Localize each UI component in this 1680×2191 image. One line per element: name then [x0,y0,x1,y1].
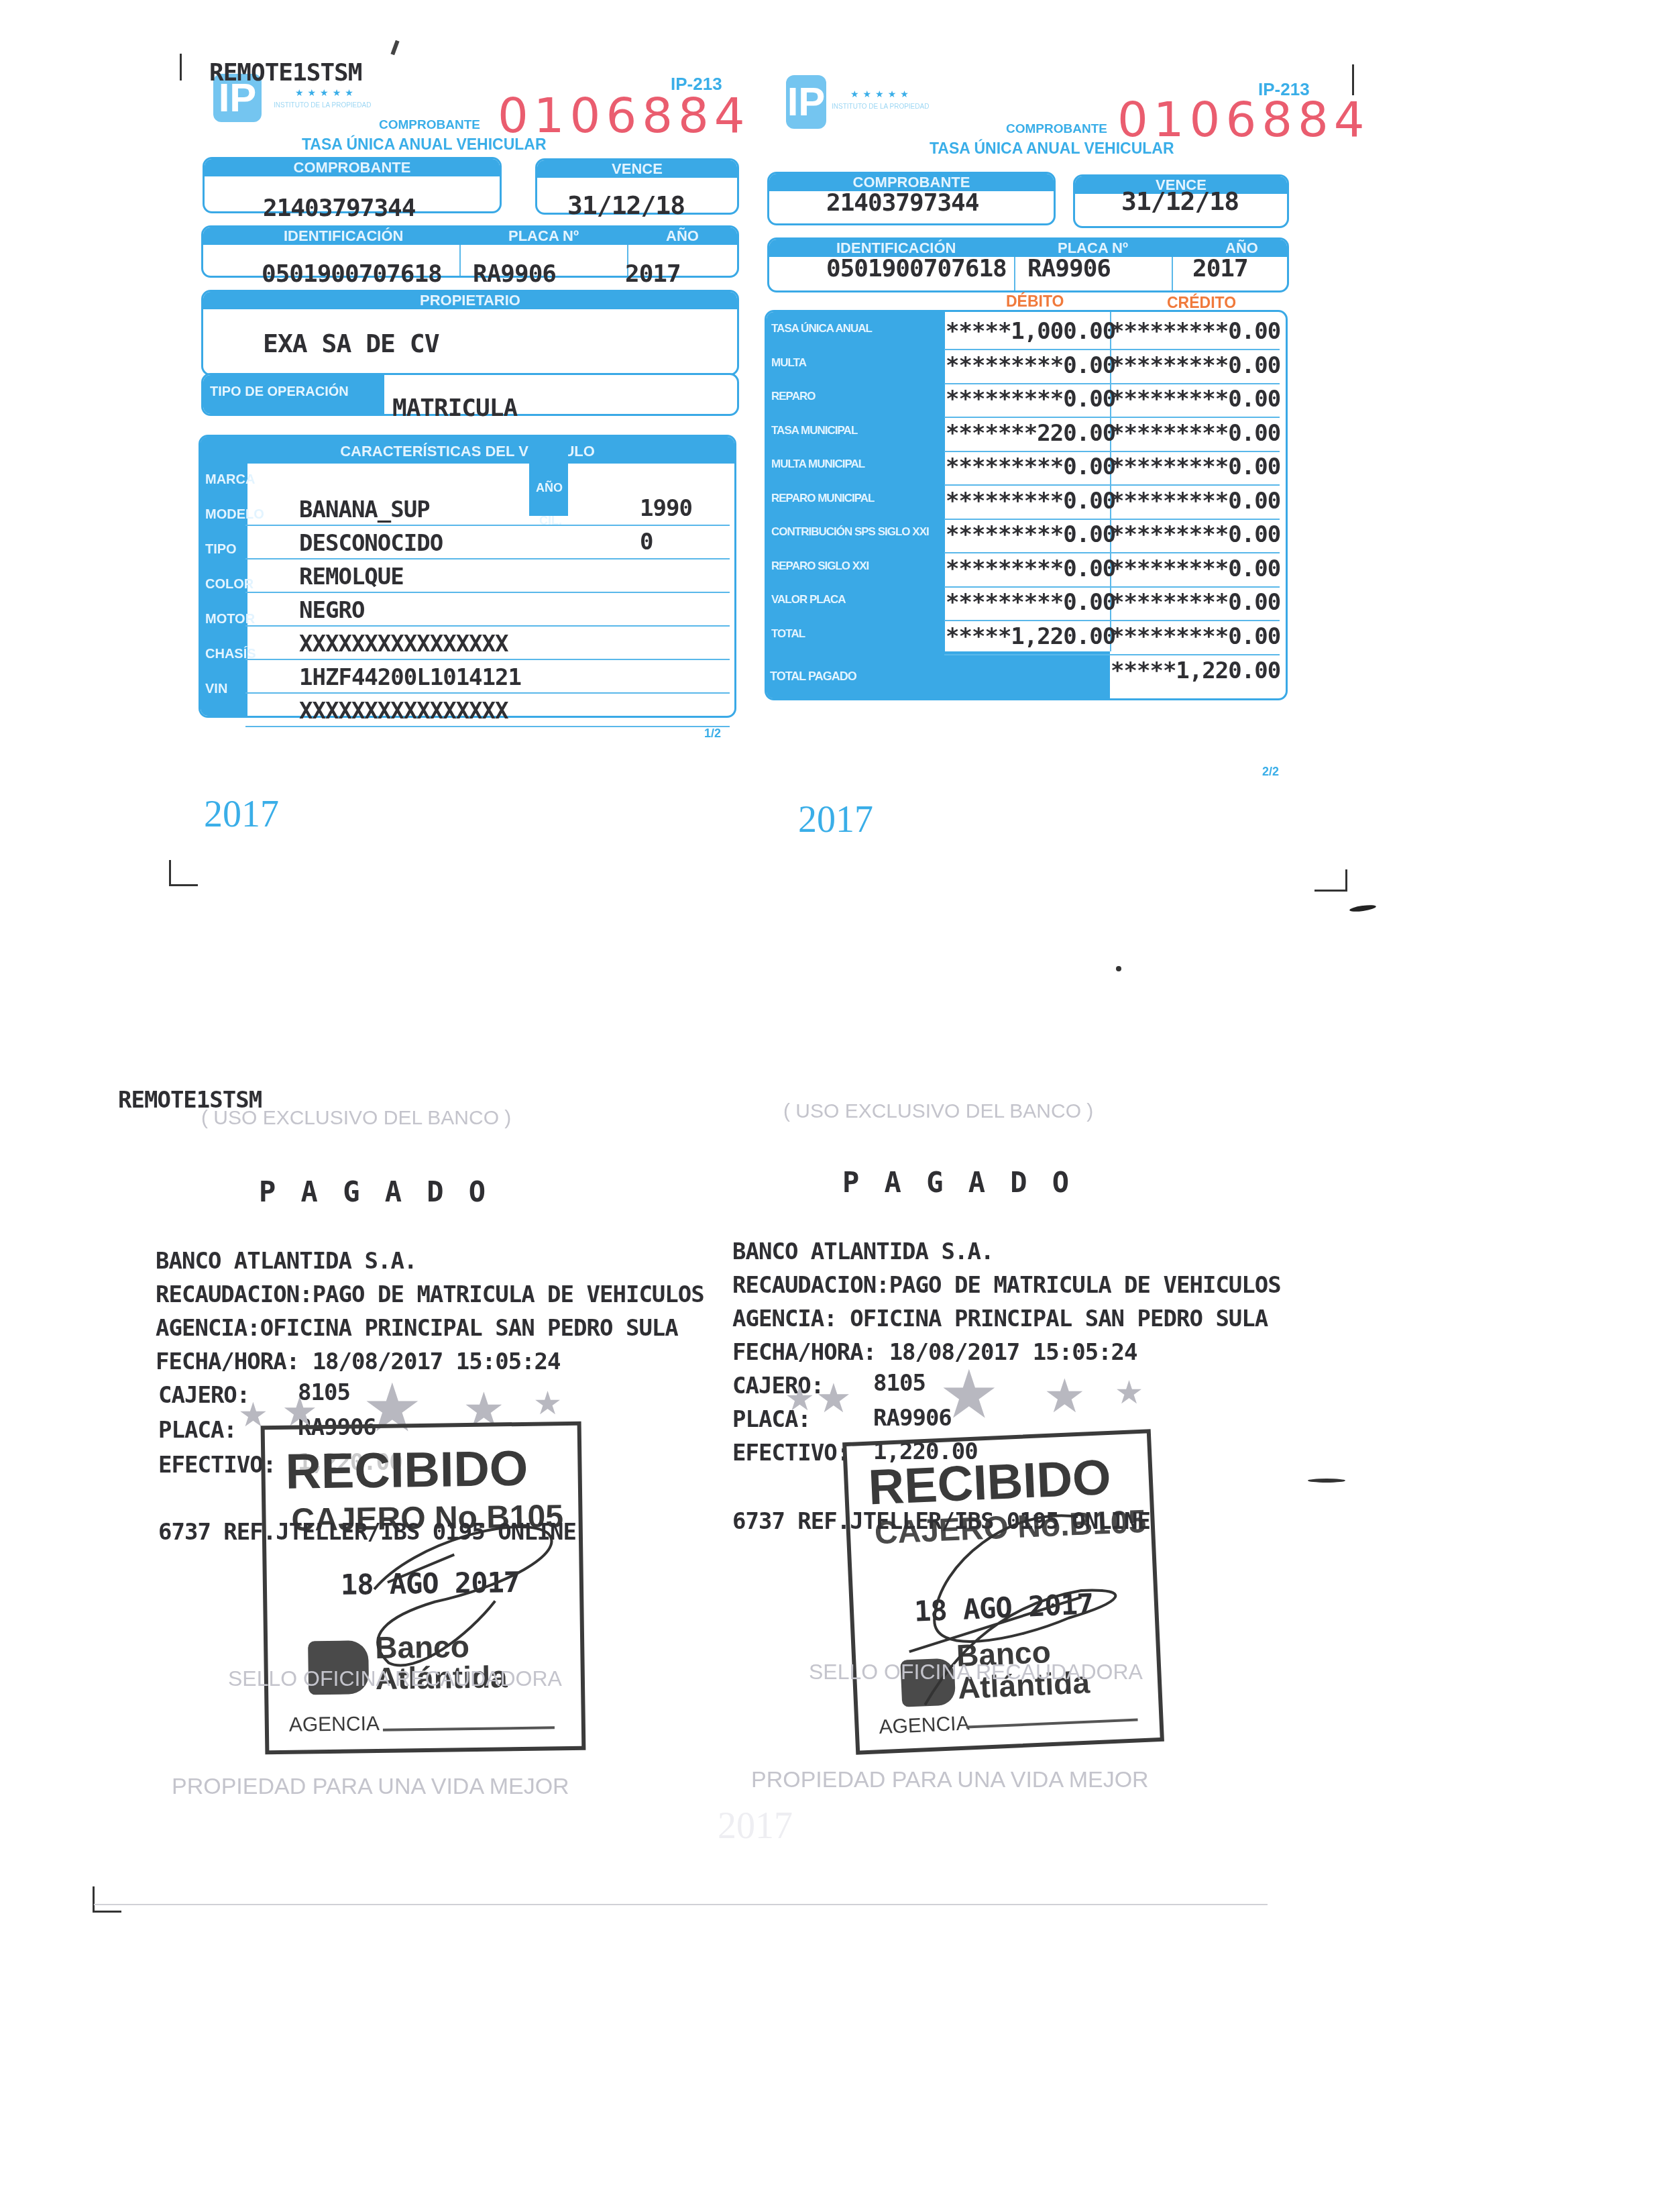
vehicle-field-label: MARCA [205,472,255,488]
vehicle-field-value: NEGRO [299,597,364,624]
star-icon: ★ [816,1375,852,1422]
crop-mark [169,860,198,886]
charge-label: REPARO [771,390,815,403]
institute-text: INSTITUTO DE LA PROPIEDAD [832,103,929,111]
star-icon: ★ [1115,1374,1143,1411]
scan-speck [1116,966,1121,971]
vehicle-ano-value: 1990 [640,495,692,522]
terminal-id: REMOTE1STSM [209,59,361,87]
logo-stars-icon: ★★★★★ [295,87,357,99]
charge-label: TASA ÚNICA ANUAL [771,322,872,335]
charge-debit: *********0.00 [946,352,1115,379]
charge-credit: *********0.00 [1111,521,1280,548]
charge-debit: *********0.00 [946,589,1115,616]
cajero-value: 8105 [873,1370,926,1397]
seal-label: SELLO OFICINA RECAUDADORA [228,1666,562,1691]
ano-value: 2017 [625,260,681,288]
received-stamp: RECIBIDO CAJERO No.B105 18 AGO 2017 Banc… [842,1429,1164,1755]
charge-credit: *********0.00 [1111,420,1280,447]
ano-value: 2017 [1192,255,1248,282]
bottom-rule [94,1904,1268,1905]
crop-mark [180,54,191,81]
reference: 6737 REF.JTELLER/IBS 0195 ONLINE [158,1519,576,1546]
star-icon: ★ [1044,1369,1086,1424]
placa-value: RA9906 [1027,255,1111,282]
crop-mark [93,1886,121,1913]
footer-slogan: PROPIEDAD PARA UNA VIDA MEJOR [751,1767,1149,1793]
receipt-line: FECHA/HORA: 18/08/2017 15:05:24 [732,1339,1137,1366]
year-footer: 2017 [798,798,873,841]
vehicle-field-value: DESCONOCIDO [299,530,443,557]
charge-label: REPARO SIGLO XXI [771,559,869,573]
vehicle-field-label: VIN [205,682,227,697]
vehicle-field-label: TIPO [205,542,237,557]
year-footer: 2017 [204,793,279,836]
reference: 6737 REF.JTELLER/IBS 0195 ONLINE [732,1508,1150,1535]
placa-label: PLACA: [158,1417,237,1444]
receipt-line: AGENCIA:OFICINA PRINCIPAL SAN PEDRO SULA [156,1315,678,1342]
placa-value: RA9906 [473,260,556,288]
charge-label: CONTRIBUCIÓN SPS SIGLO XXI [771,525,929,539]
vehicle-field-value: 1HZF44200L1014121 [299,664,521,691]
vence-value: 31/12/18 [1121,186,1239,216]
footer-slogan: PROPIEDAD PARA UNA VIDA MEJOR [172,1774,569,1800]
cajero-label: CAJERO: [158,1382,249,1409]
charge-credit: *********0.00 [1111,318,1280,345]
scan-speck [1308,1479,1345,1483]
propietario-value: EXA SA DE CV [263,329,439,358]
page-indicator: 1/2 [704,727,721,741]
form-title: TASA ÚNICA ANUAL VEHICULAR [302,136,547,154]
form-title: TASA ÚNICA ANUAL VEHICULAR [930,140,1174,158]
vehicle-field-value: XXXXXXXXXXXXXXXX [299,698,508,725]
vence-value: 31/12/18 [567,191,685,220]
tipo-operacion-value: MATRICULA [392,394,517,422]
identificacion-value: 0501900707618 [826,255,1007,282]
charge-label: TASA MUNICIPAL [771,424,857,437]
efectivo-label: EFECTIVO: [158,1452,276,1479]
vehicle-field-value: XXXXXXXXXXXXXXXX [299,631,508,657]
logo-stars-icon: ★★★★★ [850,89,913,100]
charge-debit: *********0.00 [946,386,1115,413]
charge-debit: *********0.00 [946,488,1115,515]
charge-label: MULTA MUNICIPAL [771,458,864,471]
crop-mark [1314,869,1347,892]
institute-text: INSTITUTO DE LA PROPIEDAD [274,102,371,109]
star-icon: ★ [533,1385,562,1422]
charge-credit: *********0.00 [1111,386,1280,413]
paid-status: P A G A D O [259,1175,490,1208]
faint-year: 2017 [718,1805,793,1848]
charge-credit: *********0.00 [1111,352,1280,379]
receipt-line: BANCO ATLANTIDA S.A. [732,1238,993,1265]
vehicle-field-value: BANANA_SUP [299,496,430,523]
receipt-line: BANCO ATLANTIDA S.A. [156,1248,416,1275]
paid-status: P A G A D O [842,1166,1073,1199]
ip-logo: IP [786,75,826,129]
total-pagado-label: TOTAL PAGADO [770,670,856,684]
vehicle-field-value: REMOLQUE [299,564,404,590]
page-indicator: 2/2 [1262,765,1279,779]
star-icon: ★ [939,1355,999,1434]
charge-debit: *********0.00 [946,453,1115,480]
scan-speck [390,40,399,56]
comprobante-caption: COMPROBANTE [1006,122,1107,137]
comprobante-value: 21403797344 [826,189,978,217]
receipt-line: AGENCIA: OFICINA PRINCIPAL SAN PEDRO SUL… [732,1305,1268,1332]
charge-debit: *****1,220.00 [946,623,1115,650]
debit-header: DÉBITO [1006,292,1064,311]
charge-debit: *****1,000.00 [946,318,1115,345]
charge-credit: *********0.00 [1111,555,1280,582]
charge-label: TOTAL [771,627,805,641]
charge-credit: *********0.00 [1111,623,1280,650]
charge-debit: *********0.00 [946,555,1115,582]
charge-label: VALOR PLACA [771,593,846,606]
charge-debit: *********0.00 [946,521,1115,548]
credit-header: CRÉDITO [1167,294,1236,312]
crop-mark [1352,64,1355,95]
comprobante-value: 21403797344 [263,195,415,222]
vehicle-field-label: COLOR [205,577,254,592]
charge-debit: *******220.00 [946,420,1115,447]
charge-label: MULTA [771,356,806,370]
comprobante-caption: COMPROBANTE [379,118,480,133]
received-stamp: RECIBIDO CAJERO No.B105 18 AGO 2017 Banc… [261,1422,586,1755]
total-pagado-value: *****1,220.00 [1111,657,1280,684]
receipt-line: RECAUDACION:PAGO DE MATRICULA DE VEHICUL… [156,1281,704,1308]
bank-use-label: ( USO EXCLUSIVO DEL BANCO ) [783,1100,1093,1123]
identificacion-value: 0501900707618 [262,260,442,288]
scan-speck [1349,904,1377,912]
star-icon: ★ [785,1379,815,1418]
seal-label: SELLO OFICINA RECAUDADORA [809,1660,1143,1685]
vehicle-cil-value: 0 [640,529,653,555]
charge-credit: *********0.00 [1111,589,1280,616]
efectivo-label: EFECTIVO: [732,1440,850,1466]
charge-label: REPARO MUNICIPAL [771,492,874,505]
charge-credit: *********0.00 [1111,453,1280,480]
bank-use-label: ( USO EXCLUSIVO DEL BANCO ) [201,1107,511,1130]
receipt-line: FECHA/HORA: 18/08/2017 15:05:24 [156,1348,561,1375]
charge-credit: *********0.00 [1111,488,1280,515]
vehicle-field-label: MODELO [205,507,264,523]
receipt-line: RECAUDACION:PAGO DE MATRICULA DE VEHICUL… [732,1272,1281,1299]
